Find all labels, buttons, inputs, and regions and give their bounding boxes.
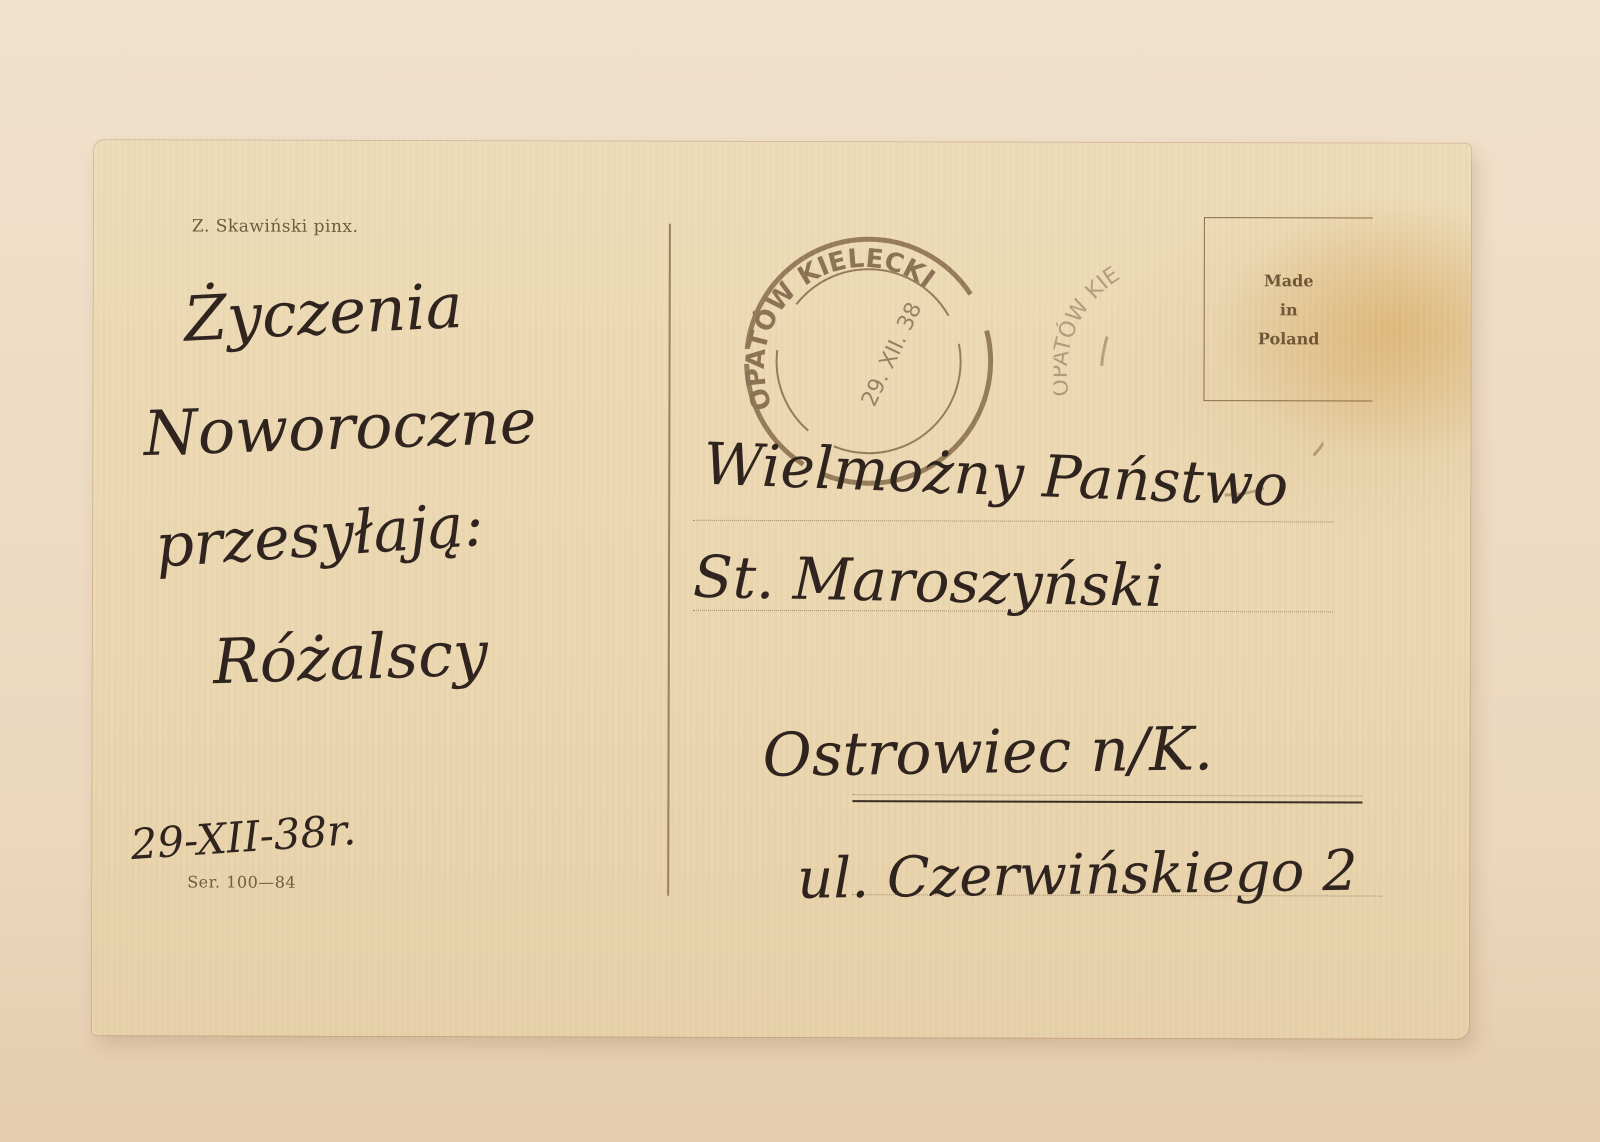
address-rule-3 bbox=[852, 794, 1362, 796]
postcard-back: Z. Skawiński pinx. Życzenia Noworoczne p… bbox=[92, 140, 1471, 1039]
stamp-box-line-3: Poland bbox=[1258, 324, 1320, 353]
address-rule-1 bbox=[693, 520, 1333, 523]
postmark-date: 29. XII. 38 bbox=[857, 299, 927, 411]
artist-credit: Z. Skawiński pinx. bbox=[192, 216, 359, 236]
address-city: Ostrowiec n/K. bbox=[762, 714, 1213, 791]
center-divider bbox=[667, 224, 671, 896]
second-postmark-text: OPATÓW KIE bbox=[1053, 262, 1124, 398]
message-line-3: przesyłają: bbox=[153, 490, 486, 582]
message-signature: Różalscy bbox=[212, 616, 489, 698]
message-line-2: Noworoczne bbox=[142, 385, 537, 471]
message-line-1: Życzenia bbox=[182, 269, 464, 356]
address-recipient: St. Maroszyński bbox=[692, 543, 1164, 620]
stamp-box-line-1: Made bbox=[1264, 266, 1314, 295]
address-street: ul. Czerwińskiego 2 bbox=[797, 839, 1358, 912]
handwritten-date: 29-XII-38r. bbox=[129, 805, 357, 869]
stamp-box-line-2: in bbox=[1280, 295, 1298, 324]
series-number: Ser. 100—84 bbox=[187, 872, 296, 891]
svg-text:OPATÓW KIE: OPATÓW KIE bbox=[1053, 262, 1124, 398]
city-underline bbox=[852, 800, 1362, 803]
stamp-box: Made in Poland bbox=[1203, 217, 1372, 401]
